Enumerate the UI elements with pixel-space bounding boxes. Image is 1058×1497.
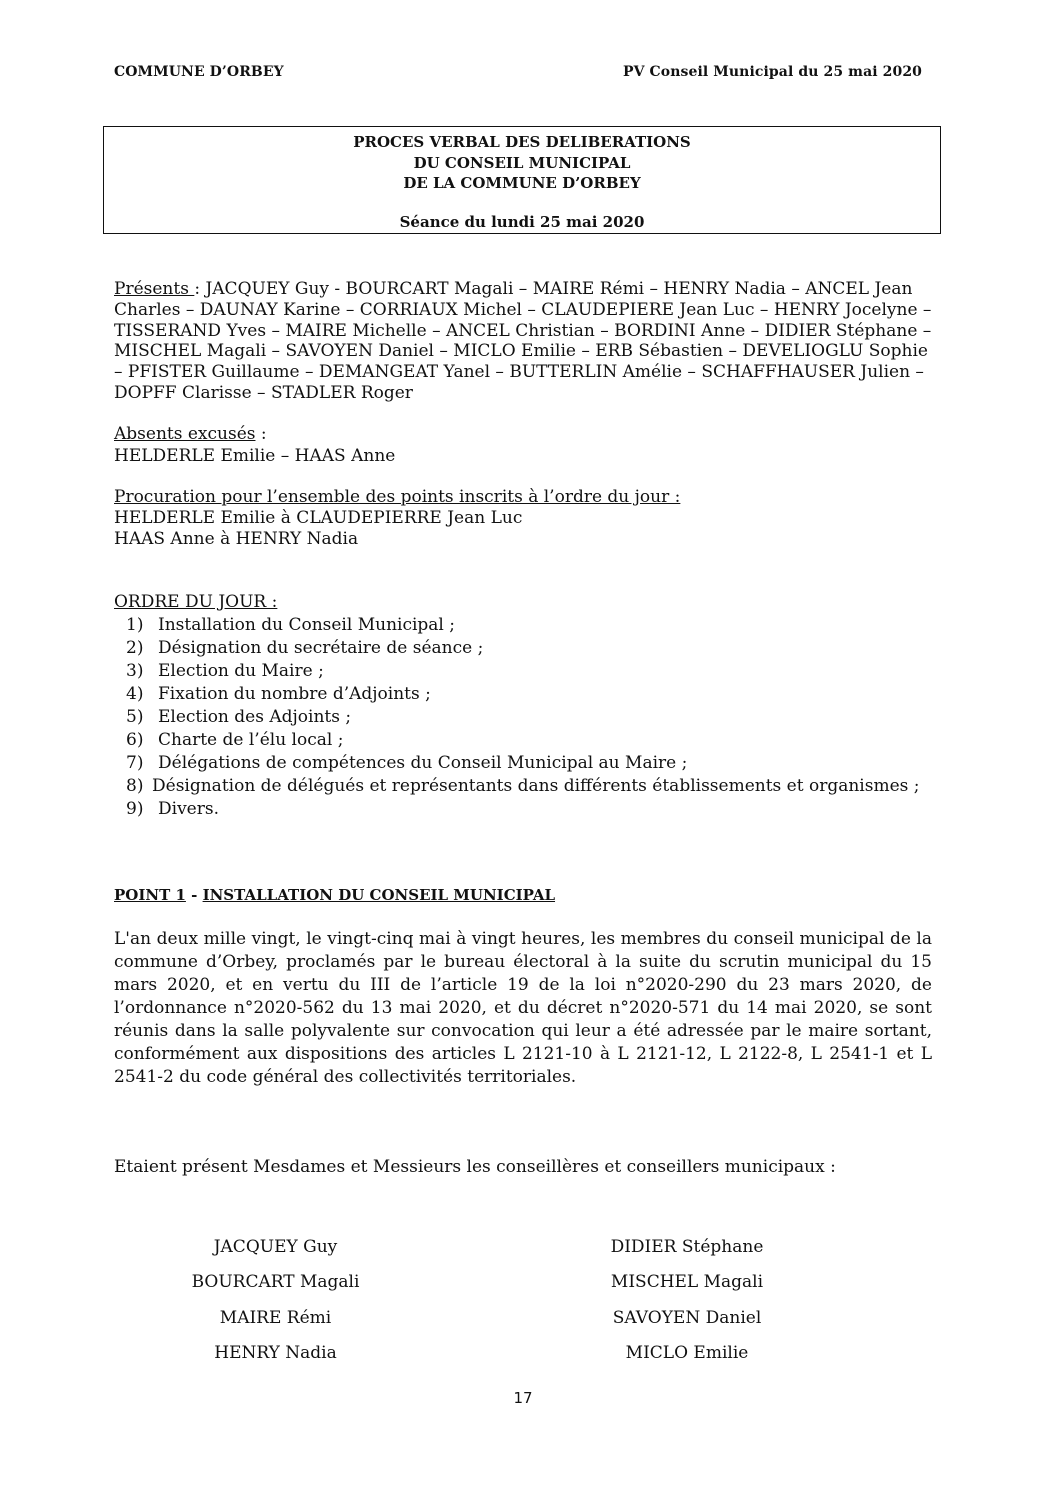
point-1-label: POINT 1 bbox=[114, 886, 186, 904]
agenda-item: 4)Fixation du nombre d’Adjoints ; bbox=[114, 683, 934, 706]
member-name: JACQUEY Guy bbox=[168, 1230, 383, 1265]
agenda-item: 7)Délégations de compétences du Conseil … bbox=[114, 752, 934, 775]
agenda-item-text: Installation du Conseil Municipal ; bbox=[158, 615, 455, 635]
member-name: HENRY Nadia bbox=[168, 1336, 383, 1371]
agenda-item-number: 7) bbox=[126, 752, 143, 775]
member-name: MICLO Emilie bbox=[582, 1336, 792, 1371]
header-commune: COMMUNE D’ORBEY bbox=[114, 64, 284, 80]
agenda-item-number: 8) bbox=[126, 775, 143, 798]
agenda-item: 6)Charte de l’élu local ; bbox=[114, 729, 934, 752]
title-line-3: DE LA COMMUNE D’ORBEY bbox=[104, 173, 940, 194]
agenda-list: 1)Installation du Conseil Municipal ; 2)… bbox=[114, 614, 934, 821]
presents-section: Présents : JACQUEY Guy - BOURCART Magali… bbox=[114, 279, 934, 404]
title-line-2: DU CONSEIL MUNICIPAL bbox=[104, 153, 940, 174]
agenda-item-number: 1) bbox=[126, 614, 143, 637]
agenda-item: 1)Installation du Conseil Municipal ; bbox=[114, 614, 934, 637]
member-name: SAVOYEN Daniel bbox=[582, 1301, 792, 1336]
title-box: PROCES VERBAL DES DELIBERATIONS DU CONSE… bbox=[103, 126, 941, 234]
agenda-item-text: Election des Adjoints ; bbox=[158, 707, 351, 727]
page-number: 17 bbox=[0, 1389, 1046, 1407]
point-1-paragraph: L'an deux mille vingt, le vingt-cinq mai… bbox=[114, 928, 932, 1089]
absents-separator: : bbox=[255, 424, 266, 444]
ordre-du-jour-label: ORDRE DU JOUR : bbox=[114, 591, 277, 614]
point-1-dash: - bbox=[186, 886, 203, 904]
agenda-item: 9)Divers. bbox=[114, 798, 934, 821]
procuration-line: HELDERLE Emilie à CLAUDEPIERRE Jean Luc bbox=[114, 508, 934, 529]
agenda-item-number: 5) bbox=[126, 706, 143, 729]
members-column-right: DIDIER Stéphane MISCHEL Magali SAVOYEN D… bbox=[582, 1230, 792, 1371]
agenda-item: 8)Désignation de délégués et représentan… bbox=[114, 775, 934, 798]
title-line-1: PROCES VERBAL DES DELIBERATIONS bbox=[104, 132, 940, 153]
agenda-item-number: 3) bbox=[126, 660, 143, 683]
agenda-item-text: Délégations de compétences du Conseil Mu… bbox=[158, 753, 687, 773]
header-pv-title: PV Conseil Municipal du 25 mai 2020 bbox=[623, 64, 922, 80]
agenda-item-number: 6) bbox=[126, 729, 143, 752]
procuration-line: HAAS Anne à HENRY Nadia bbox=[114, 529, 934, 550]
agenda-item: 3)Election du Maire ; bbox=[114, 660, 934, 683]
member-name: BOURCART Magali bbox=[168, 1265, 383, 1300]
session-date: Séance du lundi 25 mai 2020 bbox=[104, 213, 940, 231]
agenda-item-number: 2) bbox=[126, 637, 143, 660]
presents-list: JACQUEY Guy - BOURCART Magali – MAIRE Ré… bbox=[114, 279, 931, 403]
agenda-item-number: 9) bbox=[126, 798, 143, 821]
procuration-label: Procuration pour l’ensemble des points i… bbox=[114, 487, 934, 508]
agenda-item: 5)Election des Adjoints ; bbox=[114, 706, 934, 729]
agenda-item: 2)Désignation du secrétaire de séance ; bbox=[114, 637, 934, 660]
ordre-du-jour-section: ORDRE DU JOUR : 1)Installation du Consei… bbox=[114, 591, 934, 821]
title-lines: PROCES VERBAL DES DELIBERATIONS DU CONSE… bbox=[104, 132, 940, 194]
members-column-left: JACQUEY Guy BOURCART Magali MAIRE Rémi H… bbox=[168, 1230, 383, 1371]
procuration-section: Procuration pour l’ensemble des points i… bbox=[114, 487, 934, 550]
agenda-item-text: Fixation du nombre d’Adjoints ; bbox=[158, 684, 431, 704]
absents-section: Absents excusés : HELDERLE Emilie – HAAS… bbox=[114, 424, 934, 467]
absents-label: Absents excusés bbox=[114, 424, 255, 444]
point-1-heading: POINT 1 - INSTALLATION DU CONSEIL MUNICI… bbox=[114, 886, 555, 904]
agenda-item-number: 4) bbox=[126, 683, 143, 706]
agenda-item-text: Charte de l’élu local ; bbox=[158, 730, 343, 750]
agenda-item-text: Election du Maire ; bbox=[158, 661, 324, 681]
members-intro: Etaient présent Mesdames et Messieurs le… bbox=[114, 1157, 836, 1177]
presents-label: Présents bbox=[114, 279, 194, 299]
member-name: MAIRE Rémi bbox=[168, 1301, 383, 1336]
presents-separator: : bbox=[194, 279, 205, 299]
agenda-item-text: Désignation de délégués et représentants… bbox=[152, 776, 920, 796]
point-1-title: INSTALLATION DU CONSEIL MUNICIPAL bbox=[203, 886, 555, 904]
agenda-item-text: Divers. bbox=[158, 799, 219, 819]
agenda-item-text: Désignation du secrétaire de séance ; bbox=[158, 638, 483, 658]
absents-list: HELDERLE Emilie – HAAS Anne bbox=[114, 446, 934, 468]
member-name: DIDIER Stéphane bbox=[582, 1230, 792, 1265]
member-name: MISCHEL Magali bbox=[582, 1265, 792, 1300]
